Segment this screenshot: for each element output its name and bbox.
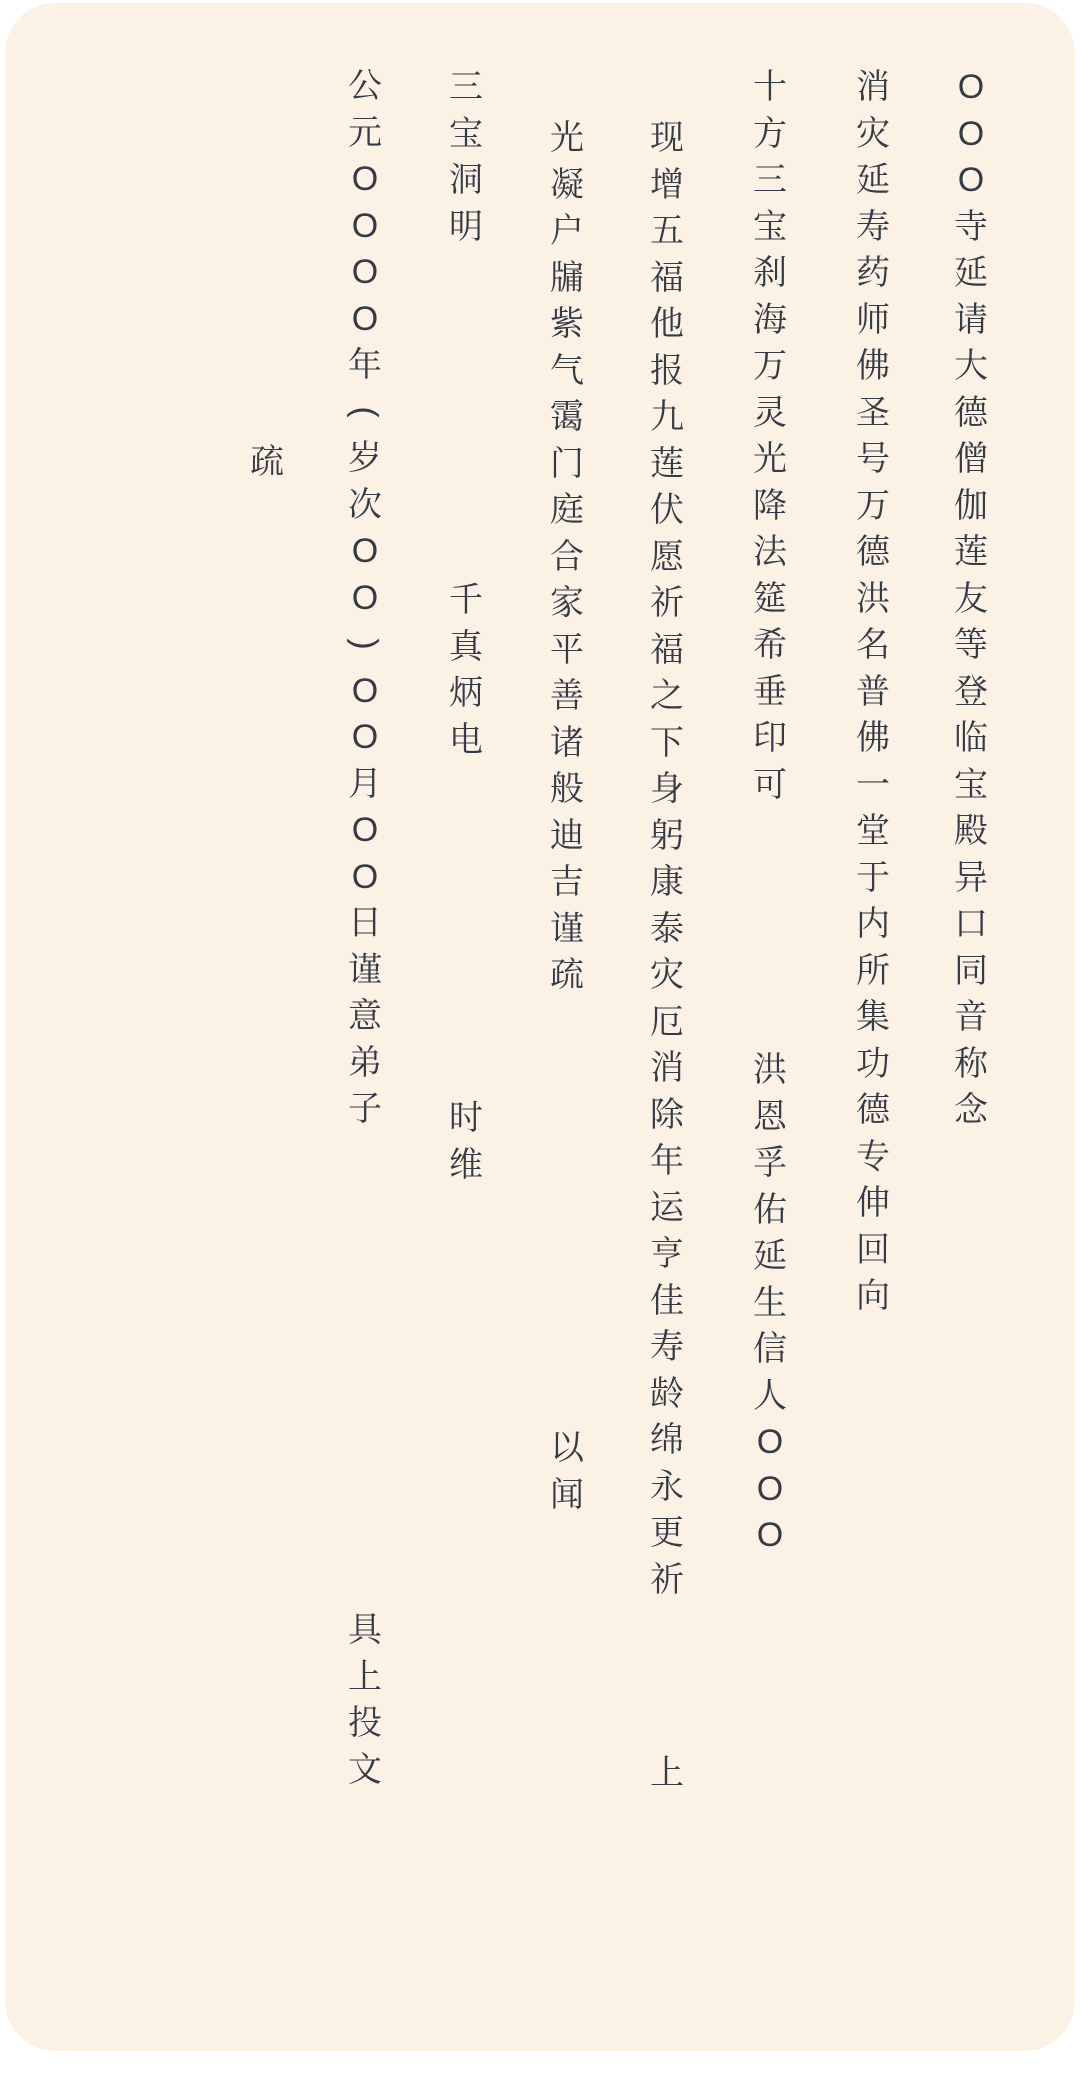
submission-line: 具上投文 xyxy=(348,1613,382,1799)
household-blessing-column: 光凝户牖紫气霭门庭合家平善诸般迪吉谨疏 xyxy=(550,121,584,1005)
triple-gem-witness-column: 十方三宝刹海万灵光降法筵希垂印可 xyxy=(753,70,787,814)
three-jewels-line: 三宝洞明 xyxy=(449,70,483,256)
date-line-column: 公元OOOO年(岁次OO)OO月OO日谨意弟子 xyxy=(348,69,382,1139)
shang-character: 上 xyxy=(650,1756,684,1803)
page-background: OOO寺延请大德僧伽莲友等登临宝殿异口同音称念 消灾延寿药师佛圣号万德洪名普佛一… xyxy=(0,0,1080,2080)
petition-document-card: OOO寺延请大德僧伽莲友等登临宝殿异口同音称念 消灾延寿药师佛圣号万德洪名普佛一… xyxy=(5,3,1075,2051)
shiwei-line: 时维 xyxy=(449,1101,483,1194)
blessing-petition-column: 现增五福他报九莲伏愿祈福之下身躬康泰灾厄消除年运亨佳寿龄绵永更祈 xyxy=(650,121,684,1609)
buddha-dedication-column: 消灾延寿药师佛圣号万德洪名普佛一堂于内所集功德专伸回向 xyxy=(856,70,890,1326)
invocation-column: OOO寺延请大德僧伽莲友等登临宝殿异口同音称念 xyxy=(954,70,988,1140)
beneficiary-column: 洪恩孚佑延生信人OOO xyxy=(753,1053,787,1565)
thousand-perfected-line: 千真炳电 xyxy=(449,583,483,769)
yiwen-closing: 以闻 xyxy=(550,1431,584,1524)
shu-title-character: 疏 xyxy=(250,445,284,492)
